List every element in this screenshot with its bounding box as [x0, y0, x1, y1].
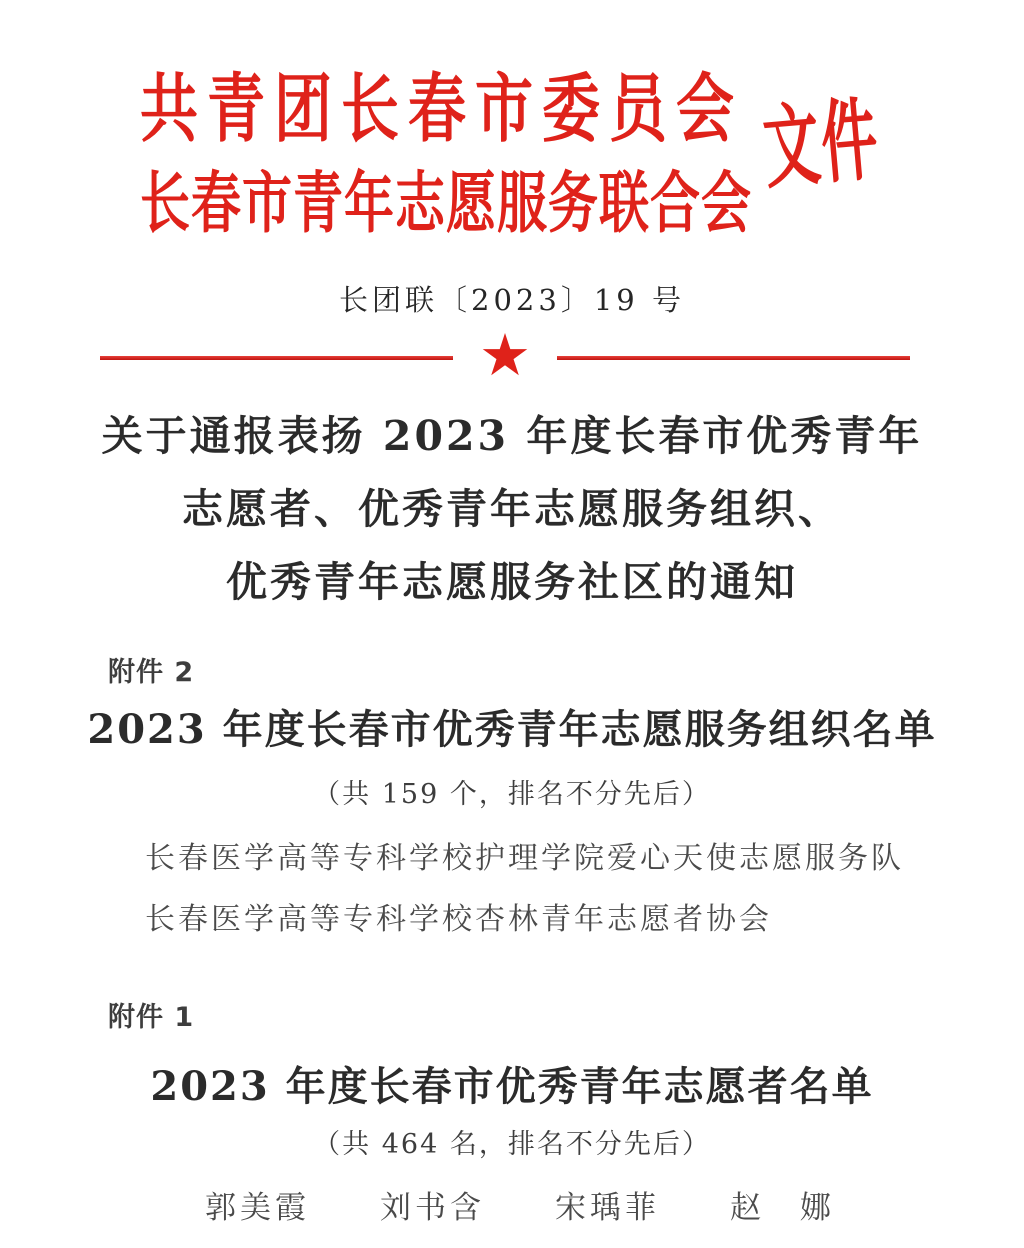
star-divider: ★: [100, 330, 910, 386]
attachment-2-count-note: （共 159 个，排名不分先后）: [0, 772, 1024, 811]
volunteer-name: 赵 娜: [730, 1182, 835, 1227]
document-title-line-1: 关于通报表扬 2023 年度长春市优秀青年: [0, 400, 1024, 473]
document-title-line-3: 优秀青年志愿服务社区的通知: [0, 546, 1024, 619]
letterhead-doc-type-label: 文件: [760, 90, 884, 199]
document-title-line-2: 志愿者、优秀青年志愿服务组织、: [0, 473, 1024, 546]
organization-list: 长春医学高等专科学校护理学院爱心天使志愿服务队 长春医学高等专科学校杏林青年志愿…: [145, 842, 904, 964]
organization-list-item: 长春医学高等专科学校护理学院爱心天使志愿服务队: [145, 842, 904, 876]
attachment-1-label: 附件 1: [108, 995, 194, 1034]
attachment-1-heading: 2023 年度长春市优秀青年志愿者名单: [0, 1055, 1024, 1112]
document-number: 长团联〔2023〕19 号: [0, 278, 1024, 319]
volunteer-names-row: 郭美霞 刘书含 宋瑀菲 赵 娜: [205, 1182, 835, 1227]
divider-rule-right: [557, 356, 910, 360]
document-page: 共青团长春市委员会 长春市青年志愿服务联合会 文件 长团联〔2023〕19 号 …: [0, 0, 1024, 1248]
volunteer-name: 宋瑀菲: [555, 1182, 660, 1227]
volunteer-name: 郭美霞: [205, 1182, 310, 1227]
organization-list-item: 长春医学高等专科学校杏林青年志愿者协会: [145, 903, 904, 937]
attachment-2-label: 附件 2: [108, 650, 194, 689]
document-title: 关于通报表扬 2023 年度长春市优秀青年 志愿者、优秀青年志愿服务组织、 优秀…: [0, 400, 1024, 619]
attachment-1-count-note: （共 464 名，排名不分先后）: [0, 1122, 1024, 1161]
attachment-2-heading: 2023 年度长春市优秀青年志愿服务组织名单: [0, 698, 1024, 755]
red-star-icon: ★: [479, 326, 531, 384]
letterhead-org-line-2: 长春市青年志愿服务联合会: [140, 170, 752, 237]
letterhead-org-line-1: 共青团长春市委员会: [140, 72, 743, 146]
divider-rule-left: [100, 356, 453, 360]
volunteer-name: 刘书含: [380, 1182, 485, 1227]
